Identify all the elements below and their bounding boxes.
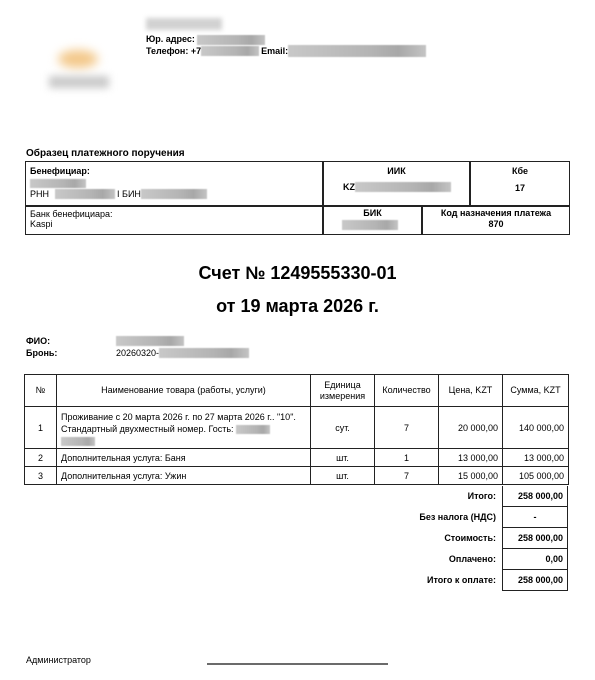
logo-wordmark — [49, 76, 109, 88]
crown-icon — [58, 50, 98, 68]
signature-line — [207, 663, 388, 665]
company-contacts: Юр. адрес: Телефон: +7 Email: — [146, 34, 426, 57]
kbe-value: 17 — [471, 183, 569, 193]
paid-row: Оплачено: 0,00 — [380, 549, 568, 570]
invoice-number: Счет № 1249555330-01 — [0, 263, 595, 284]
items-table: № Наименование товара (работы, услуги) Е… — [24, 374, 569, 485]
row-price: 20 000,00 — [439, 407, 503, 449]
guest-info: ФИО: Бронь: 20260320- — [26, 335, 249, 359]
row-price: 15 000,00 — [439, 467, 503, 485]
booking-label: Бронь: — [26, 347, 116, 359]
vat-value: - — [502, 507, 568, 528]
vat-label: Без налога (НДС) — [380, 507, 502, 528]
bin-redacted — [141, 189, 207, 199]
row-unit: сут. — [311, 407, 375, 449]
paid-label: Оплачено: — [380, 549, 502, 570]
iik-label: ИИК — [324, 166, 469, 176]
phone-redacted — [201, 46, 259, 56]
bik-redacted — [342, 220, 398, 230]
legal-address-redacted — [197, 35, 265, 45]
company-name-redacted — [146, 18, 222, 30]
signer-label: Администратор — [26, 655, 91, 665]
bank-value: Kaspi — [30, 219, 53, 229]
guest-redacted — [236, 425, 270, 434]
beneficiary-label: Бенефициар: — [30, 166, 90, 176]
row-sum: 105 000,00 — [503, 467, 569, 485]
row-name: Дополнительная услуга: Ужин — [57, 467, 311, 485]
table-header-row: № Наименование товара (работы, услуги) Е… — [25, 375, 569, 407]
totals-block: Итого: 258 000,00 Без налога (НДС) - Сто… — [380, 486, 568, 591]
col-price: Цена, KZT — [439, 375, 503, 407]
row-name: Проживание с 20 марта 2026 г. по 27 март… — [57, 407, 311, 449]
row-unit: шт. — [311, 449, 375, 467]
rnn-label: РНН — [30, 189, 49, 199]
booking-prefix: 20260320- — [116, 347, 159, 359]
bin-label: БИН — [122, 189, 141, 199]
row-sum: 140 000,00 — [503, 407, 569, 449]
col-num: № — [25, 375, 57, 407]
col-sum: Сумма, KZT — [503, 375, 569, 407]
row-num: 2 — [25, 449, 57, 467]
total-value: 258 000,00 — [502, 486, 568, 507]
iik-prefix: KZ — [343, 182, 355, 192]
iik-redacted — [355, 182, 451, 192]
booking-redacted — [159, 348, 249, 358]
phone-label: Телефон: +7 — [146, 46, 201, 57]
payment-order-table: Бенефициар: РНН I БИН ИИК KZ Кбе 17 Банк… — [25, 161, 570, 235]
rnn-redacted — [55, 189, 115, 199]
email-label: Email: — [261, 46, 288, 57]
table-row: 3 Дополнительная услуга: Ужин шт. 7 15 0… — [25, 467, 569, 485]
row-unit: шт. — [311, 467, 375, 485]
bank-label: Банк бенефициара: — [30, 209, 113, 219]
col-unit: Единица измерения — [311, 375, 375, 407]
fio-label: ФИО: — [26, 335, 116, 347]
col-qty: Количество — [375, 375, 439, 407]
beneficiary-name-redacted — [30, 179, 86, 188]
fio-redacted — [116, 336, 184, 346]
cost-row: Стоимость: 258 000,00 — [380, 528, 568, 549]
email-redacted — [288, 45, 426, 57]
row-qty: 7 — [375, 407, 439, 449]
purpose-code-value: 870 — [423, 219, 569, 229]
amount-due-row: Итого к оплате: 258 000,00 — [380, 570, 568, 591]
payment-order-title: Образец платежного поручения — [26, 148, 185, 159]
kbe-label: Кбе — [471, 166, 569, 176]
bik-label: БИК — [324, 208, 421, 218]
row-num: 1 — [25, 407, 57, 449]
purpose-code-label: Код назначения платежа — [423, 208, 569, 218]
row-sum: 13 000,00 — [503, 449, 569, 467]
row-num: 3 — [25, 467, 57, 485]
guest-redacted-2 — [61, 437, 95, 446]
row-name: Дополнительная услуга: Баня — [57, 449, 311, 467]
total-label: Итого: — [380, 486, 502, 507]
table-row: 1 Проживание с 20 марта 2026 г. по 27 ма… — [25, 407, 569, 449]
company-logo — [44, 42, 116, 98]
legal-address-label: Юр. адрес: — [146, 34, 195, 45]
vat-row: Без налога (НДС) - — [380, 507, 568, 528]
col-name: Наименование товара (работы, услуги) — [57, 375, 311, 407]
cost-label: Стоимость: — [380, 528, 502, 549]
amount-due-label: Итого к оплате: — [380, 570, 502, 591]
row-qty: 7 — [375, 467, 439, 485]
total-row: Итого: 258 000,00 — [380, 486, 568, 507]
cost-value: 258 000,00 — [502, 528, 568, 549]
invoice-date: от 19 марта 2026 г. — [0, 296, 595, 317]
row-price: 13 000,00 — [439, 449, 503, 467]
paid-value: 0,00 — [502, 549, 568, 570]
table-row: 2 Дополнительная услуга: Баня шт. 1 13 0… — [25, 449, 569, 467]
amount-due-value: 258 000,00 — [502, 570, 568, 591]
row-qty: 1 — [375, 449, 439, 467]
